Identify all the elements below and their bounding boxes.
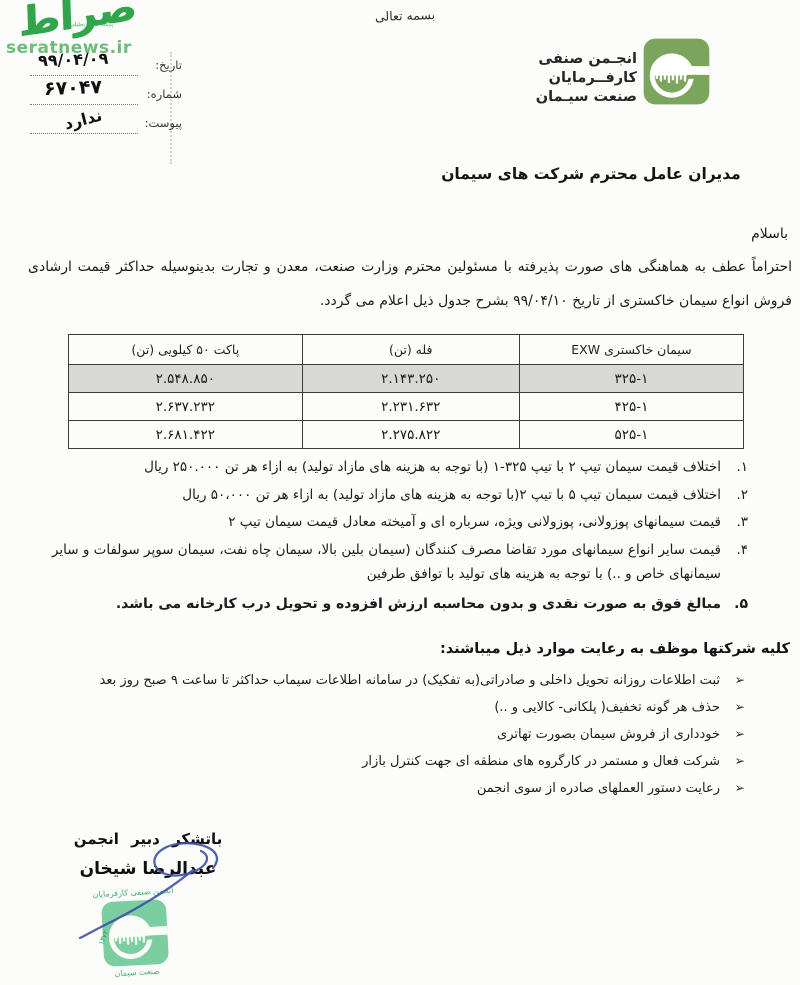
list-item: ۳. قیمت سیمانهای پوزولانی، پوزولانی ویژه… [36,511,748,535]
attachment-row: پیوست: ندارد [30,110,182,139]
attachment-dotted-line [30,133,138,134]
list-item: ➢ حذف هر گونه تخفیف( پلکانی- کالایی و ..… [36,697,745,718]
table-row: ۵۲۵-۱ ۲.۲۷۵.۸۲۲ ۲.۶۸۱.۴۲۲ [69,421,744,449]
arrow-bullet-icon: ➢ [729,778,745,799]
bullet-text: حذف هر گونه تخفیف( پلکانی- کالایی و ..) [494,697,720,718]
cell-bulk-525: ۲.۲۷۵.۸۲۲ [302,421,519,449]
recipient-heading: مدیران عامل محترم شرکت های سیمان [440,165,742,183]
association-logo-icon [643,38,710,105]
list-item: ➢ رعایت دستور العملهای صادره از سوی انجم… [36,778,745,799]
col-header-exw: سیمان خاکستری EXW [519,335,743,365]
bullet-text: خودداری از فروش سیمان بصورت تهاتری [497,724,720,745]
number-dotted-line [30,104,138,105]
arrow-bullet-icon: ➢ [729,697,745,718]
table-row: ۳۲۵-۱ ۲.۱۴۳.۲۵۰ ۲.۵۴۸.۸۵۰ [69,365,744,393]
cell-bulk-325: ۲.۱۴۳.۲۵۰ [302,365,519,393]
org-name-line3: صنعت سیـمان [495,88,637,107]
salutation-text: باسلام [751,226,788,242]
arrow-bullet-icon: ➢ [729,670,745,691]
numbered-notes-list: ۱. اختلاف قیمت سیمان تیپ ۲ با تیپ ۳۲۵-۱ … [36,456,748,621]
bismillah-text: بسمه تعالی [355,6,455,24]
arrow-bullet-icon: ➢ [729,724,745,745]
note-text: اختلاف قیمت سیمان تیپ ۲ با تیپ ۳۲۵-۱ (با… [144,456,721,480]
stamp-logo-icon [100,897,169,968]
cell-bag-525: ۲.۶۸۱.۴۲۲ [69,421,303,449]
note-number: ۳. [728,511,748,535]
cell-bag-325: ۲.۵۴۸.۸۵۰ [69,365,303,393]
number-label: شماره: [147,87,182,101]
list-item: ➢ ثبت اطلاعات روزانه تحویل داخلی و صادرا… [36,670,745,691]
cell-bag-425: ۲.۶۳۷.۲۳۲ [69,393,303,421]
date-row: تاریخ: ۹۹/۰۴/۰۹ [30,52,182,81]
col-header-bag: پاکت ۵۰ کیلویی (تن) [69,335,303,365]
cell-type-325: ۳۲۵-۱ [519,365,743,393]
date-handwritten-value: ۹۹/۰۴/۰۹ [38,49,109,70]
attachment-label: پیوست: [145,116,182,130]
list-item: ۴. قیمت سایر انواع سیمانهای مورد تقاضا م… [36,539,748,586]
col-header-bulk: فله (تن) [302,335,519,365]
note-text: اختلاف قیمت سیمان تیپ ۵ با تیپ ۲(با توجه… [182,484,721,508]
bullet-text: رعایت دستور العملهای صادره از سوی انجمن [477,778,720,799]
arrow-bullet-icon: ➢ [729,751,745,772]
obligations-bullet-list: ➢ ثبت اطلاعات روزانه تحویل داخلی و صادرا… [36,670,745,805]
note-number: ۱. [728,456,748,480]
bullet-text: شرکت فعال و مستمر در کارگروه های منطقه ا… [362,751,720,772]
table-row: ۴۲۵-۱ ۲.۲۳۱.۶۳۲ ۲.۶۳۷.۲۳۲ [69,393,744,421]
obligations-heading: کلیه شرکتها موظف به رعایت موارد ذیل میبا… [440,641,790,657]
org-name-line1: انجـمن صنفی [495,50,637,69]
org-name-line2: کارفــرمایان [495,69,637,88]
note-number: ۲. [728,484,748,508]
signatory-name: عبدالرضا شیخان [38,859,258,879]
list-item: ۲. اختلاف قیمت سیمان تیپ ۵ با تیپ ۲(با ت… [36,484,748,508]
association-stamp: انجمن صنفی کارفرمایان ۱۳۷۲ صنعت سیمان [68,885,202,981]
bullet-text: ثبت اطلاعات روزانه تحویل داخلی و صادراتی… [100,670,720,691]
list-item: ➢ شرکت فعال و مستمر در کارگروه های منطقه… [36,751,745,772]
fold-perforation-mark [170,52,172,164]
number-handwritten-value: ۶۷۰۴۷ [44,76,103,100]
signature-role-line: باتشکر دبیر انجمن [38,830,258,848]
list-item: ➢ خودداری از فروش سیمان بصورت تهاتری [36,724,745,745]
list-item-emphasized: ۵. مبالغ فوق به صورت نقدی و بدون محاسبه … [36,592,748,617]
scanned-letter-page: صراط پایگاه خبری تحلیلی seratnews.ir بسم… [0,0,800,985]
number-row: شماره: ۶۷۰۴۷ [30,81,182,110]
cell-type-525: ۵۲۵-۱ [519,421,743,449]
association-name-block: انجـمن صنفی کارفــرمایان صنعت سیـمان [495,50,637,107]
list-item: ۱. اختلاف قیمت سیمان تیپ ۲ با تیپ ۳۲۵-۱ … [36,456,748,480]
letter-meta-block: تاریخ: ۹۹/۰۴/۰۹ شماره: ۶۷۰۴۷ پیوست: ندار… [30,52,182,139]
note-number: ۴. [728,539,748,586]
note-text: مبالغ فوق به صورت نقدی و بدون محاسبه ارز… [116,592,721,617]
body-paragraph: احتراماً عطف به هماهنگی های صورت پذیرفته… [28,250,792,318]
cell-bulk-425: ۲.۲۳۱.۶۳۲ [302,393,519,421]
cell-type-425: ۴۲۵-۱ [519,393,743,421]
watermark-tagline: پایگاه خبری تحلیلی [70,22,113,28]
attachment-handwritten-value: ندارد [62,106,104,134]
note-text: قیمت سیمانهای پوزولانی، پوزولانی ویژه، س… [228,511,721,535]
cement-price-table: سیمان خاکستری EXW فله (تن) پاکت ۵۰ کیلوی… [68,334,744,449]
date-label: تاریخ: [155,58,182,72]
note-text: قیمت سایر انواع سیمانهای مورد تقاضا مصرف… [36,539,721,586]
note-number: ۵. [728,592,748,617]
signature-block: باتشکر دبیر انجمن عبدالرضا شیخان [38,830,258,879]
table-header-row: سیمان خاکستری EXW فله (تن) پاکت ۵۰ کیلوی… [69,335,744,365]
